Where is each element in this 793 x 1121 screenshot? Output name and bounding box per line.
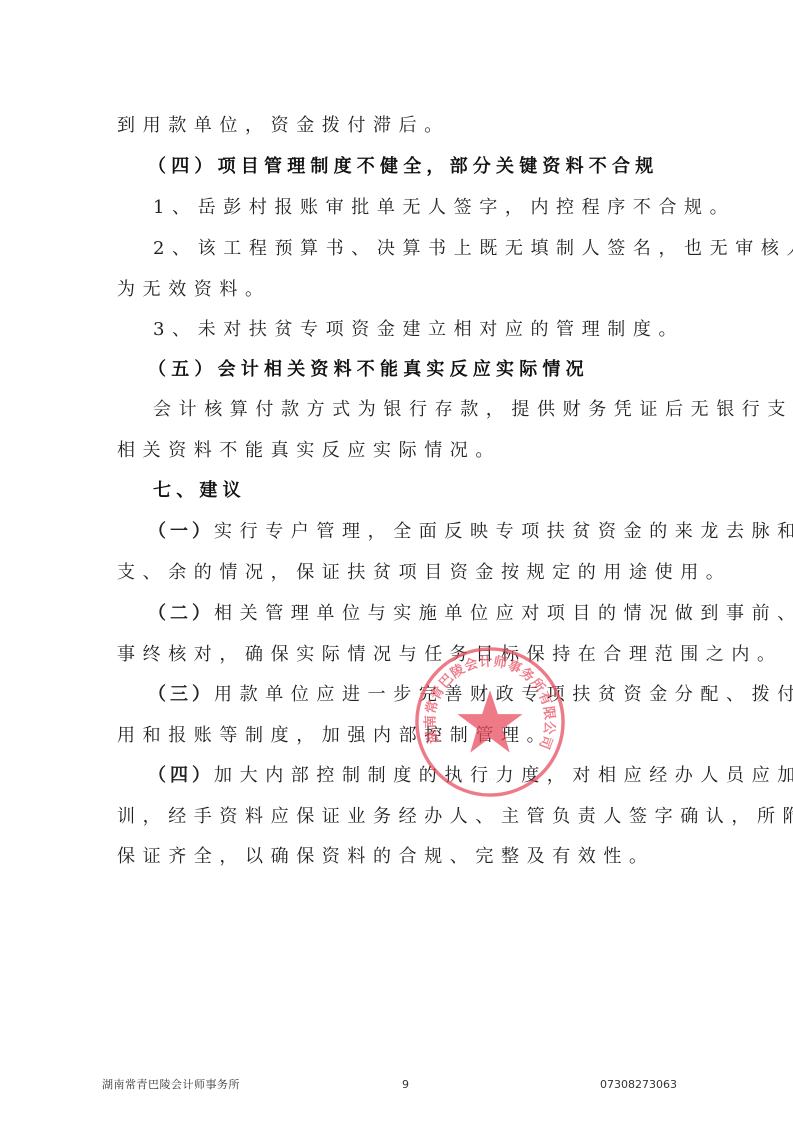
recommendation-text: 用款单位应进一步完善财政专项扶贫资金分配、拨付、使 [214, 684, 793, 705]
recommendation-number: （三） [148, 684, 214, 705]
recommendation-text: 加大内部控制制度的执行力度，对相应经办人员应加强培 [214, 765, 793, 786]
recommendation-3: （三）用款单位应进一步完善财政专项扶贫资金分配、拨付、使 [148, 681, 720, 709]
body-line: 为无效资料。 [117, 276, 689, 304]
section-heading-recommendations: 七、建议 [153, 477, 725, 505]
body-line: 训，经手资料应保证业务经办人、主管负责人签字确认，所附资料应 [117, 803, 689, 831]
recommendation-number: （一） [148, 521, 214, 542]
recommendation-text: 相关管理单位与实施单位应对项目的情况做到事前、事中、 [214, 603, 793, 624]
body-line: 事终核对，确保实际情况与任务目标保持在合理范围之内。 [117, 641, 689, 669]
footer-firm-name: 湖南常青巴陵会计师事务所 [102, 1075, 240, 1095]
body-line: 到用款单位，资金拨付滞后。 [117, 112, 689, 140]
page-footer: 湖南常青巴陵会计师事务所 9 07308273063 [0, 1075, 793, 1095]
body-line: 保证齐全，以确保资料的合规、完整及有效性。 [117, 843, 689, 871]
recommendation-text: 实行专户管理，全面反映专项扶贫资金的来龙去脉和收、 [214, 521, 793, 542]
section-heading-5: （五）会计相关资料不能真实反应实际情况 [148, 356, 720, 384]
recommendation-number: （四） [148, 765, 214, 786]
list-item-1: 1、岳彭村报账审批单无人签字，内控程序不合规。 [153, 194, 725, 222]
document-page: 到用款单位，资金拨付滞后。 （四）项目管理制度不健全，部分关键资料不合规 1、岳… [0, 0, 793, 1121]
list-item-3: 3、未对扶贫专项资金建立相对应的管理制度。 [153, 316, 725, 344]
recommendation-4: （四）加大内部控制制度的执行力度，对相应经办人员应加强培 [148, 762, 720, 790]
body-line: 用和报账等制度，加强内部控制管理。 [117, 722, 689, 750]
recommendation-1: （一）实行专户管理，全面反映专项扶贫资金的来龙去脉和收、 [148, 518, 720, 546]
recommendation-2: （二）相关管理单位与实施单位应对项目的情况做到事前、事中、 [148, 600, 720, 628]
section-heading-4: （四）项目管理制度不健全，部分关键资料不合规 [148, 153, 720, 181]
list-item-2: 2、该工程预算书、决算书上既无填制人签名，也无审核人签名， [153, 235, 725, 263]
footer-phone: 07308273063 [600, 1075, 677, 1095]
paragraph-line: 会计核算付款方式为银行存款，提供财务凭证后无银行支付凭单， [153, 396, 725, 424]
recommendation-number: （二） [148, 603, 214, 624]
body-line: 支、余的情况，保证扶贫项目资金按规定的用途使用。 [117, 559, 689, 587]
body-line: 相关资料不能真实反应实际情况。 [117, 437, 689, 465]
footer-page-number: 9 [402, 1075, 409, 1095]
